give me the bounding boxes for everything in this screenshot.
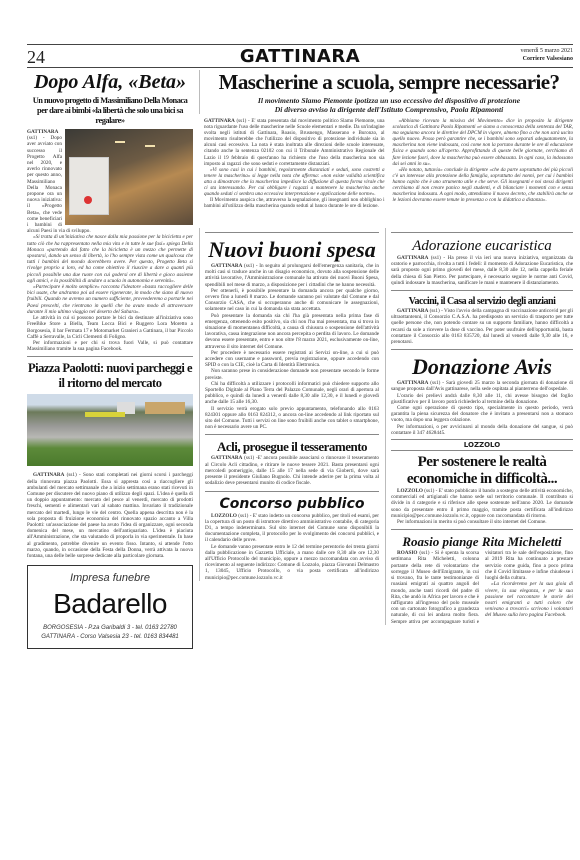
article-subtitle-2: Di diverso avviso la dirigente dell'Isti… (205, 105, 573, 114)
poster-icon (69, 157, 109, 215)
issue-date: venerdì 5 marzo 2021 (521, 47, 573, 55)
article-paolotti: GATTINARA (ss1) - Sono stati completati … (27, 472, 193, 559)
masthead: 24 GATTINARA venerdì 5 marzo 2021 Corrie… (27, 44, 573, 68)
paper-name: Corriere Valsesiano (521, 55, 573, 63)
funeral-advertisement: Impresa funebre Badarello BORGOSESIA - P… (27, 565, 193, 649)
ad-address-1: BORGOSESIA - P.za Garibaldi 3 - tel. 016… (32, 624, 188, 633)
article-subtitle-alfa-beta: Un nuovo progetto di Massimiliano Della … (27, 96, 193, 126)
article-title-acli: Acli, prosegue il tesseramento (205, 439, 379, 455)
article-title-roasio: Roasio piange Rita Micheletti (391, 534, 573, 550)
article-title-adorazione: Adorazione eucaristica (391, 237, 573, 255)
divider (205, 434, 379, 435)
article-title-concorso: Concorso pubblico (205, 496, 379, 513)
article-roasio: ROASIO (ss1) - Si è spenta la scorsa set… (391, 550, 573, 624)
article-acli: GATTINARA (ss1) -E' ancora possibile ass… (205, 455, 379, 486)
article-title-alfa-beta: Dopo Alfa, «Beta» (27, 70, 193, 94)
section-label-lozzolo: LOZZOLO (391, 439, 573, 451)
paragraph: Le attività in cui si possono portare le… (27, 315, 193, 340)
divider (205, 232, 379, 233)
ad-address-2: GATTINARA - Corso Valsesia 23 - tel. 016… (32, 633, 188, 642)
article-subtitle-1: Il movimento Slamo Piemonte ipotizza un … (205, 96, 573, 105)
piazza-photo (27, 394, 193, 466)
middle-column: Nuovi buoni spesa GATTINARA (ss1) - In s… (199, 228, 379, 581)
article-title-buoni-spesa: Nuovi buoni spesa (205, 237, 379, 263)
article-sostenere: LOZZOLO (ss1) - E' stato pubblicato il b… (391, 488, 573, 525)
article-adorazione: GATTINARA (ss1) - Ha preso il via ieri u… (391, 255, 573, 286)
ad-brand: Badarello (32, 588, 188, 620)
article-buoni-spesa: GATTINARA (ss1) - In seguito al prolunga… (205, 263, 379, 430)
lead-article-header: Mascherine a scuola, sempre necessarie? … (199, 70, 573, 114)
article-concorso: LOZZOLO (ss1) - E' stato indetto un conc… (205, 513, 379, 581)
left-column: Dopo Alfa, «Beta» Un nuovo progetto di M… (27, 70, 193, 649)
article-avis: GATTINARA (ss1) - Sarà giovedì 25 marzo … (391, 380, 573, 436)
divider (205, 491, 379, 492)
ad-tagline: Impresa funebre (32, 572, 188, 584)
divider (391, 349, 573, 350)
bike-shop-photo (65, 129, 193, 225)
article-mascherine: GATTINARA (ss1) - E' stata presentata da… (204, 118, 573, 228)
divider (391, 232, 573, 233)
article-alfa-beta: GATTINARA (ss1) - Dopo aver avviato con … (27, 129, 193, 352)
article-title-avis: Donazione Avis (391, 354, 573, 380)
article-title-sostenere: Per sostenere le realtà economiche in di… (391, 454, 573, 488)
dateline: venerdì 5 marzo 2021 Corriere Valsesiano (521, 47, 573, 63)
article-title-paolotti: Piazza Paolotti: nuovi parcheggi e il ri… (27, 361, 193, 391)
paragraph: Per informazioni e per chi si trova fuor… (27, 340, 193, 352)
paragraph: «Partecipare è molto semplice» racconta … (27, 284, 193, 315)
divider (27, 356, 193, 357)
right-column: Adorazione eucaristica GATTINARA (ss1) -… (385, 228, 573, 625)
paragraph: «Si tratta di un'iniziativa che nasce da… (27, 234, 193, 283)
divider (391, 290, 573, 291)
newspaper-page: 24 GATTINARA venerdì 5 marzo 2021 Corrie… (27, 0, 573, 860)
article-title-mascherine: Mascherine a scuola, sempre necessarie? (205, 70, 573, 94)
article-title-vaccini: Vaccini, il Casa al servizio degli anzia… (391, 295, 573, 308)
section-title: GATTINARA (27, 46, 573, 67)
divider (391, 529, 573, 530)
article-vaccini: GATTINARA (ss1) - Visto l'avvio della ca… (391, 308, 573, 345)
